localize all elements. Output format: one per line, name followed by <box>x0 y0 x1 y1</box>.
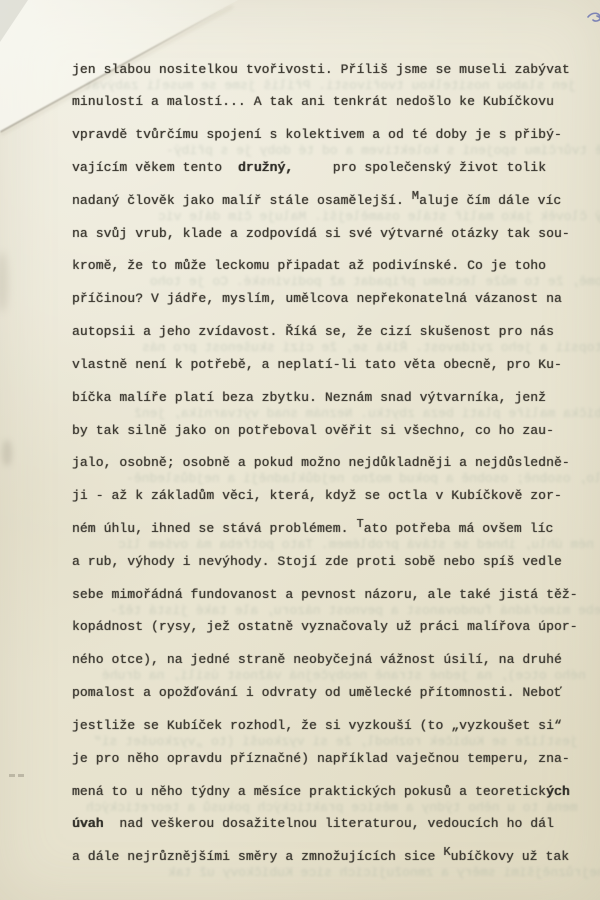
text-segment: ji - až k základům věci, která, když se … <box>72 488 562 503</box>
text-segment: pomalost a opožďování i odvraty od uměle… <box>72 685 562 700</box>
text-segment: vajícím věkem tento <box>72 160 238 175</box>
text-line: kromě, že to může leckomu připadat až po… <box>72 258 546 273</box>
text-line: vajícím věkem tento družný, pro společen… <box>72 160 546 175</box>
text-line: a rub, výhody i nevýhody. Stojí zde prot… <box>72 554 562 569</box>
text-segment: ubíčkovy už tak <box>451 849 570 864</box>
text-line: a dále nejrůznějšími směry a zmnožujícíc… <box>72 849 569 865</box>
text-segment: by tak silně jako on potřeboval ověřit s… <box>72 423 554 438</box>
text-segment: ato potřeba má ovšem líc <box>364 521 554 536</box>
text-line: sebe mimořádná fundovanost a pevnost náz… <box>72 587 578 602</box>
text-segment: vlastně není k potřebě, a neplatí-li tat… <box>72 357 562 372</box>
text-segment: autopsii a jeho zvídavost. Říká se, že c… <box>72 324 554 339</box>
text-segment: pro společenský život tolik <box>293 160 546 175</box>
text-line: mená to u něho týdny a měsíce praktickýc… <box>72 784 570 799</box>
margin-smudge <box>2 440 12 466</box>
text-line: nadaný člověk jako malíř stále osamělejš… <box>72 193 561 209</box>
text-line: ji - až k základům věci, která, když se … <box>72 488 562 503</box>
text-segment-raised: K <box>443 845 450 859</box>
text-segment: jalo, osobně; osobně a pokud možno nejdů… <box>72 455 570 470</box>
text-segment: a rub, výhody i nevýhody. Stojí zde prot… <box>72 554 562 569</box>
text-line: příčinou? V jádře, myslím, umělcova nepř… <box>72 291 562 306</box>
text-segment: aluje čím dále víc <box>419 193 561 208</box>
page-number-ink-mark <box>582 8 600 34</box>
text-segment: minulostí a malostí... A tak ani tenkrát… <box>72 94 554 109</box>
text-line: na svůj vrub, klade a zodpovídá si své v… <box>72 226 570 241</box>
text-line: by tak silně jako on potřeboval ověřit s… <box>72 423 554 438</box>
text-line: minulostí a malostí... A tak ani tenkrát… <box>72 94 554 109</box>
text-line: jestliže se Kubíček rozhodl, že si vyzko… <box>72 718 562 733</box>
text-segment-raised: T <box>356 517 363 531</box>
text-line: je pro něho opravdu příznačné) například… <box>72 751 570 766</box>
typewritten-text-block: jen slabou nositelkou tvořivosti. Příliš… <box>0 0 600 900</box>
text-segment: sebe mimořádná fundovanost a pevnost náz… <box>72 587 578 602</box>
text-line: pomalost a opožďování i odvraty od uměle… <box>72 685 562 700</box>
text-segment: ném úhlu, ihned se stává problémem. <box>72 521 356 536</box>
text-line: vpravdě tvůrčímu spojení s kolektivem a … <box>72 127 562 142</box>
text-segment-bold: úvah <box>72 816 104 831</box>
text-segment: bíčka malíře platí beza zbytku. Neznám s… <box>72 390 546 405</box>
text-segment-bold: ých <box>546 784 570 799</box>
text-segment: na svůj vrub, klade a zodpovídá si své v… <box>72 226 570 241</box>
text-segment: vpravdě tvůrčímu spojení s kolektivem a … <box>72 127 562 142</box>
text-segment: a dále nejrůznějšími směry a zmnožujícíc… <box>72 849 443 864</box>
text-segment: jen slabou nositelkou tvořivosti. Příliš… <box>72 62 570 77</box>
manuscript-page: jen slabou nositelkou tvořivosti. Příliš… <box>0 0 600 900</box>
text-line: ného otce), na jedné straně neobyčejná v… <box>72 652 562 667</box>
text-segment-bold: družný, <box>238 160 293 175</box>
text-segment: mená to u něho týdny a měsíce praktickýc… <box>72 784 546 799</box>
text-segment: příčinou? V jádře, myslím, umělcova nepř… <box>72 291 562 306</box>
text-segment: je pro něho opravdu příznačné) například… <box>72 751 570 766</box>
text-line: vlastně není k potřebě, a neplatí-li tat… <box>72 357 562 372</box>
text-segment: kopádnost (rysy, jež ostatně vyznačovaly… <box>72 619 578 634</box>
text-segment-raised: M <box>412 189 419 203</box>
text-segment: ného otce), na jedné straně neobyčejná v… <box>72 652 562 667</box>
text-segment: nad veškerou dosažitelnou literaturou, v… <box>104 816 554 831</box>
margin-pencil-dash <box>9 774 25 777</box>
text-line: jen slabou nositelkou tvořivosti. Příliš… <box>72 62 570 77</box>
text-line: úvah nad veškerou dosažitelnou literatur… <box>72 816 554 831</box>
text-line: ném úhlu, ihned se stává problémem. Tato… <box>72 521 553 537</box>
text-line: bíčka malíře platí beza zbytku. Neznám s… <box>72 390 546 405</box>
text-line: autopsii a jeho zvídavost. Říká se, že c… <box>72 324 554 339</box>
text-segment: nadaný člověk jako malíř stále osamělejš… <box>72 193 412 208</box>
text-line: kopádnost (rysy, jež ostatně vyznačovaly… <box>72 619 578 634</box>
text-line: jalo, osobně; osobně a pokud možno nejdů… <box>72 455 570 470</box>
text-segment: kromě, že to může leckomu připadat až po… <box>72 258 546 273</box>
text-segment: jestliže se Kubíček rozhodl, že si vyzko… <box>72 718 562 733</box>
